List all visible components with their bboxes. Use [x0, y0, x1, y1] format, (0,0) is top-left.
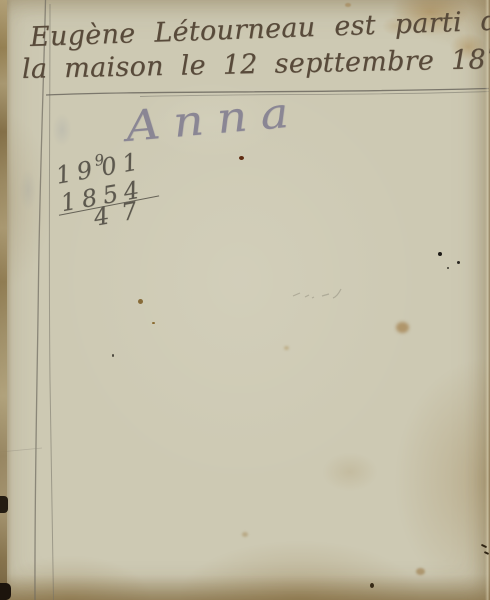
- margin-line-right: [49, 4, 53, 600]
- dark-speck: [438, 252, 442, 256]
- dark-speck: [370, 583, 374, 588]
- pencil-name-anna: Anna: [124, 87, 304, 151]
- stain-speck: [138, 299, 143, 304]
- stain-blot: [284, 346, 289, 350]
- stain-speck: [345, 3, 351, 7]
- dark-speck: [112, 354, 114, 357]
- pencil-rule-lines: [0, 0, 490, 600]
- ink-speck: [239, 156, 244, 160]
- pencil-arithmetic: 19901 1854 47: [54, 143, 185, 236]
- page-cut-edge: [485, 0, 490, 600]
- manuscript-page: Eugène Létourneau est parti de la maison…: [0, 0, 490, 600]
- binding-notch: [0, 583, 11, 600]
- binding-notch: [0, 496, 8, 513]
- stain-blot: [242, 532, 248, 537]
- margin-line-left: [35, 0, 46, 600]
- dark-speck: [457, 261, 460, 264]
- dark-speck: [447, 267, 449, 269]
- stain-blot: [396, 322, 409, 333]
- stain-speck: [152, 322, 155, 324]
- stain-blot: [416, 568, 425, 575]
- faint-pencil-scribble: [293, 289, 341, 298]
